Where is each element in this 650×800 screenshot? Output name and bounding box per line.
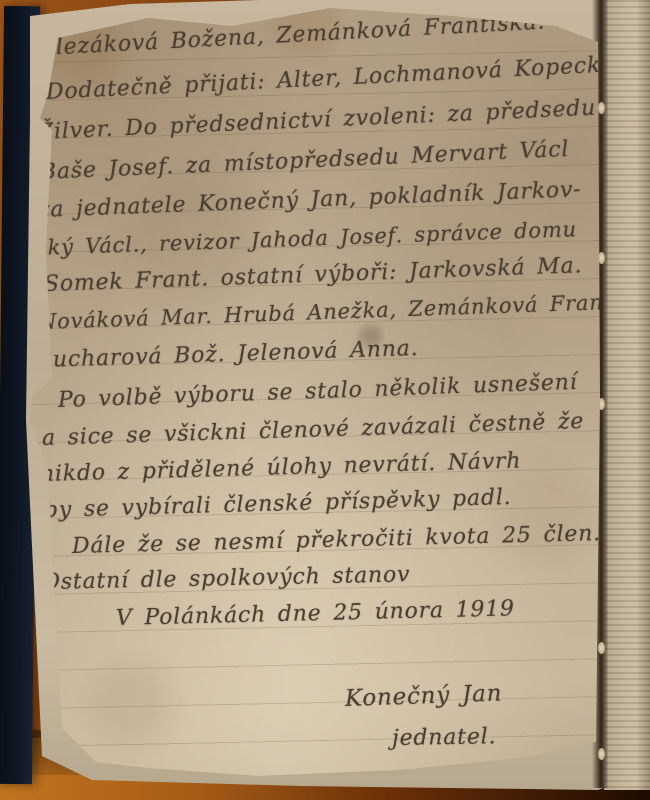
notebook-photo: Slezáková Božena, Zemánková Františka. D…: [0, 0, 650, 800]
stitch-dot: [598, 102, 605, 114]
signature-name: Konečný Jan: [345, 681, 503, 712]
page-stack-fore-edge: [604, 0, 650, 790]
stitch-dot: [598, 642, 605, 654]
stitch-dot: [598, 748, 605, 760]
signature-role: jednatel.: [392, 724, 497, 751]
notebook-page: Slezáková Božena, Zemánková Františka. D…: [0, 0, 650, 800]
